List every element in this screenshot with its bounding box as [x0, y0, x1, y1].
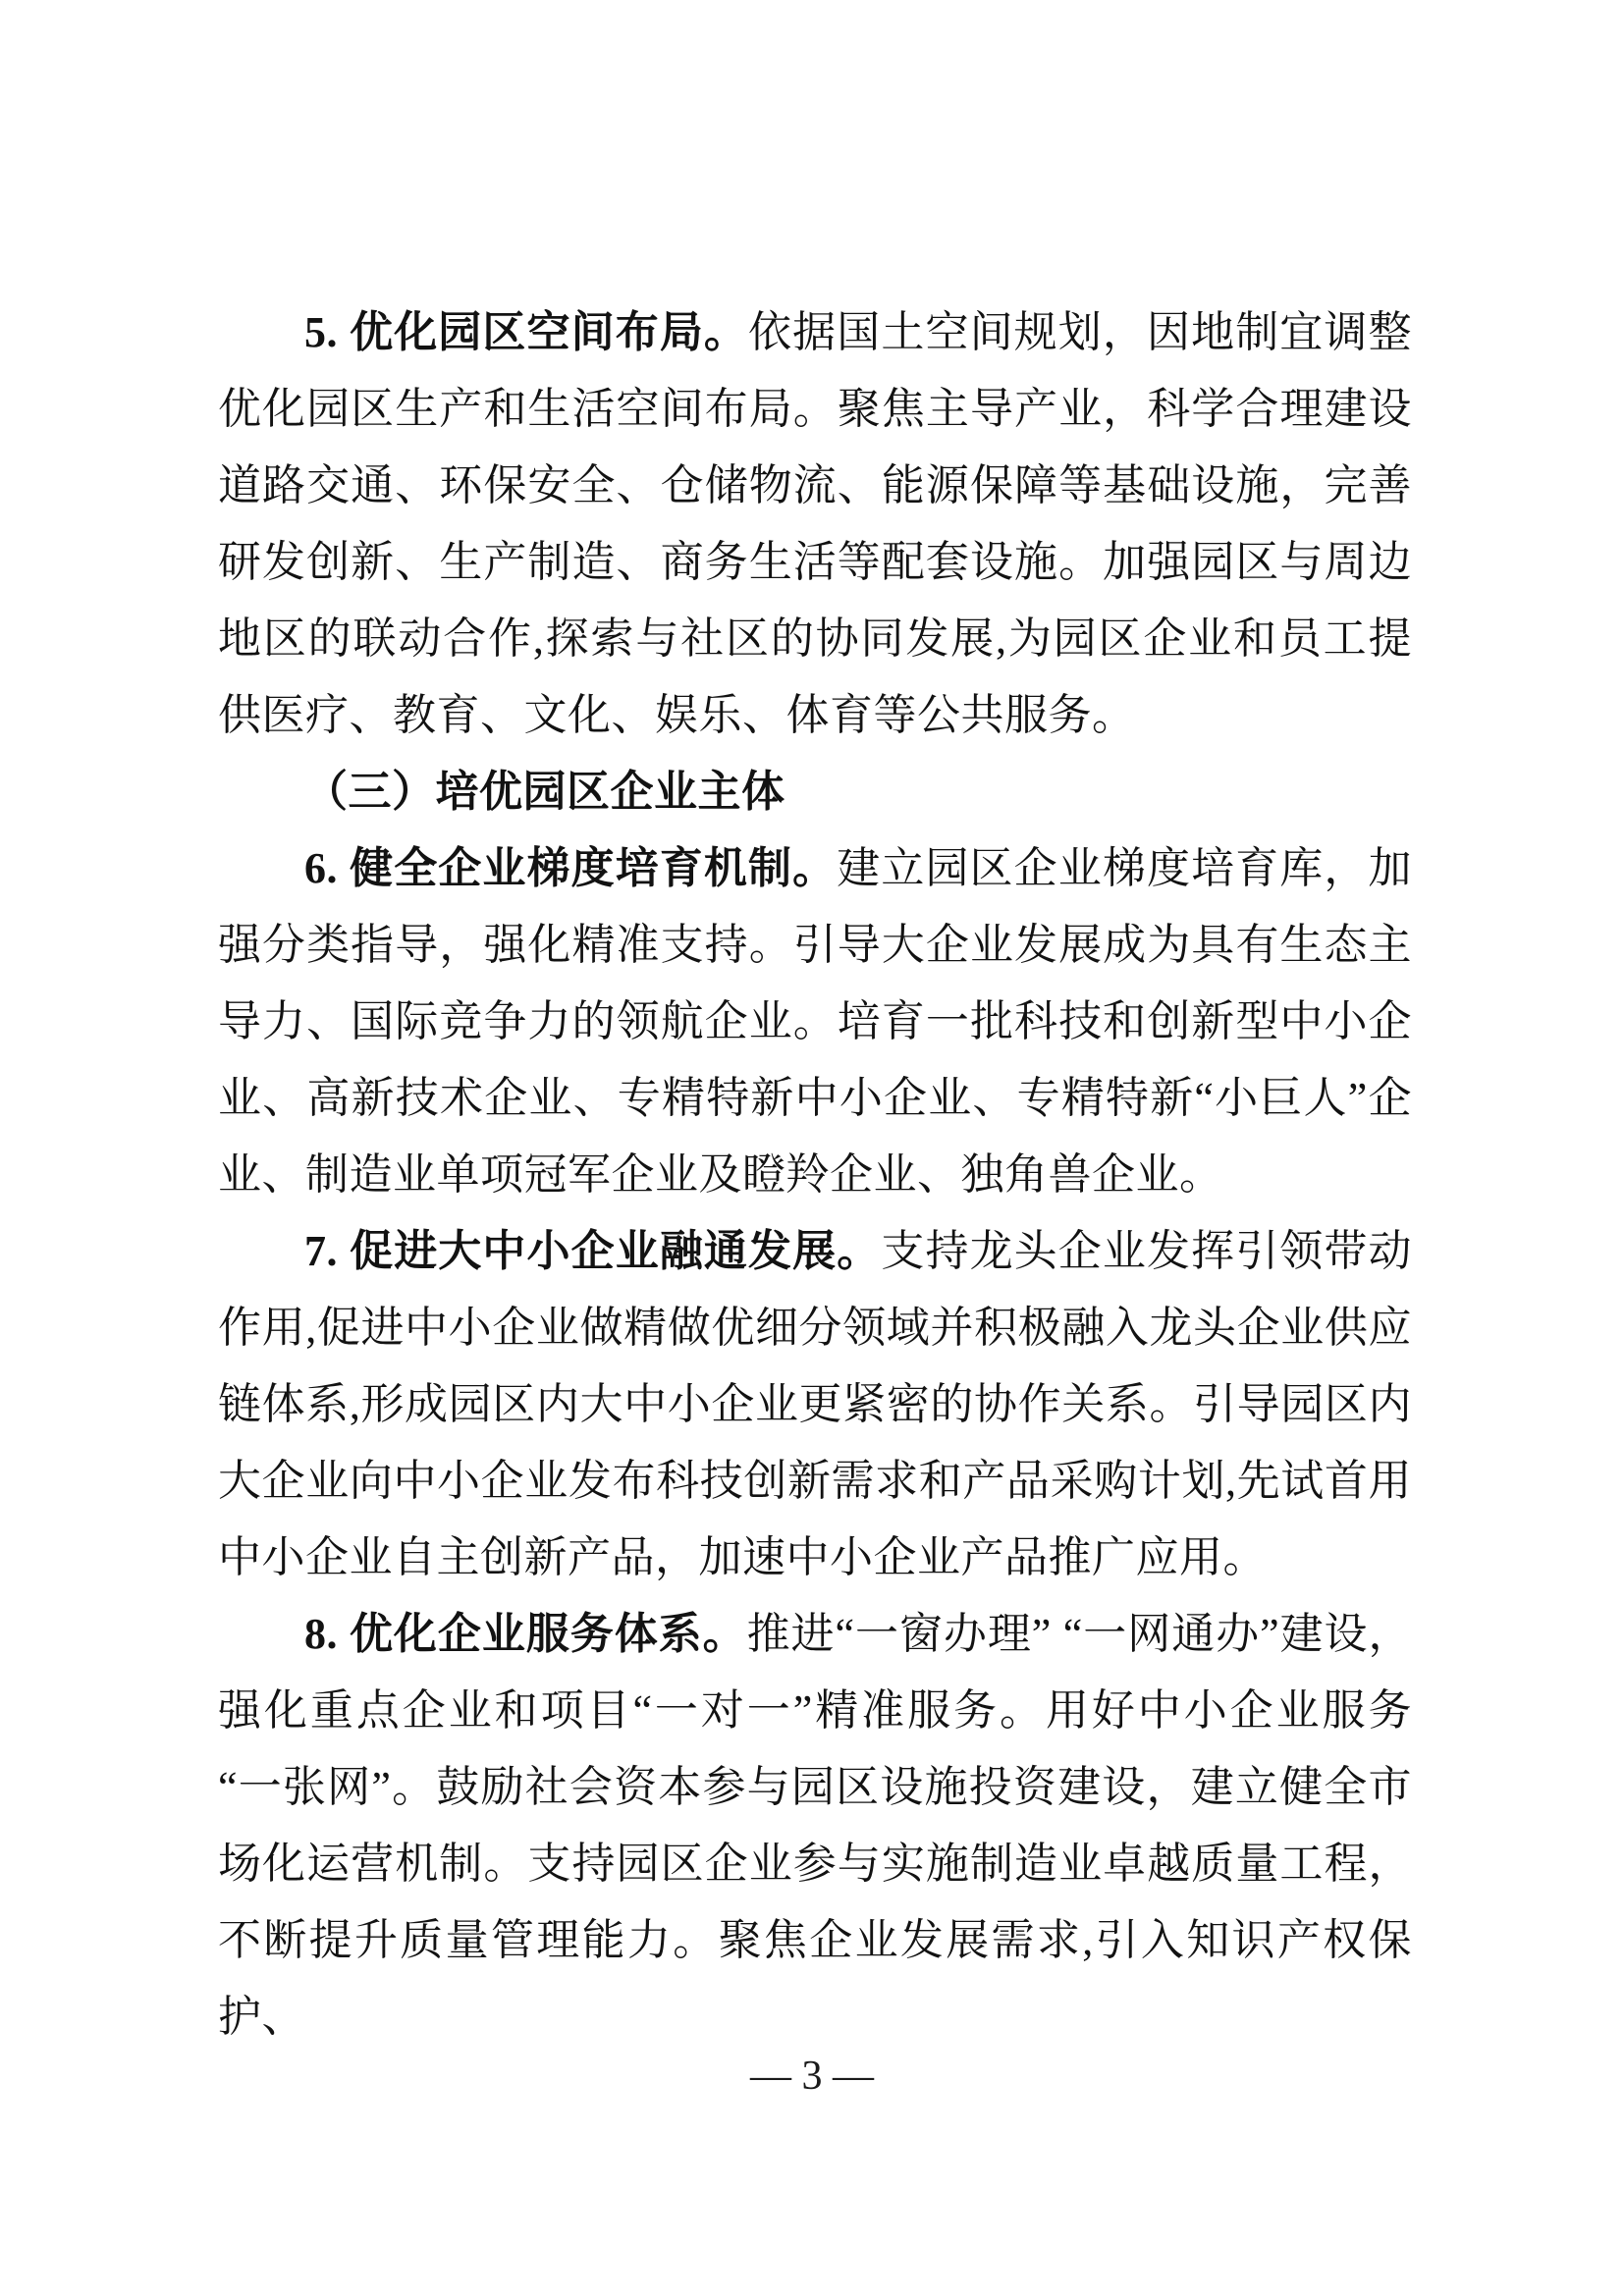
document-page: 5. 优化园区空间布局。依据国土空间规划，因地制宜调整优化园区生产和生活空间布局… [0, 0, 1624, 2296]
paragraph-8-heading: 8. 优化企业服务体系。 [304, 1610, 747, 1658]
paragraph-5-body: 依据国土空间规划，因地制宜调整优化园区生产和生活空间布局。聚焦主导产业，科学合理… [218, 308, 1412, 739]
paragraph-item-6: 6. 健全企业梯度培育机制。建立园区企业梯度培育库，加强分类指导，强化精准支持。… [218, 830, 1412, 1213]
paragraph-7-body: 支持龙头企业发挥引领带动作用,促进中小企业做精做优细分领域并积极融入龙头企业供应… [218, 1227, 1412, 1581]
page-footer: — 3 — [0, 2047, 1624, 2106]
section-heading-3-label: （三）培优园区企业主体 [304, 768, 785, 816]
section-heading-3: （三）培优园区企业主体 [218, 754, 1412, 830]
paragraph-8-body: 推进“一窗办理” “一网通办”建设，强化重点企业和项目“一对一”精准服务。用好中… [218, 1610, 1412, 2041]
paragraph-item-5: 5. 优化园区空间布局。依据国土空间规划，因地制宜调整优化园区生产和生活空间布局… [218, 294, 1412, 754]
paragraph-item-7: 7. 促进大中小企业融通发展。支持龙头企业发挥引领带动作用,促进中小企业做精做优… [218, 1213, 1412, 1596]
paragraph-6-heading: 6. 健全企业梯度培育机制。 [304, 844, 837, 892]
page-number: — 3 — [750, 2054, 874, 2099]
paragraph-5-heading: 5. 优化园区空间布局。 [304, 308, 748, 356]
paragraph-7-heading: 7. 促进大中小企业融通发展。 [304, 1227, 881, 1275]
paragraph-item-8: 8. 优化企业服务体系。推进“一窗办理” “一网通办”建设，强化重点企业和项目“… [218, 1596, 1412, 2056]
paragraph-6-body: 建立园区企业梯度培育库，加强分类指导，强化精准支持。引导大企业发展成为具有生态主… [218, 844, 1412, 1199]
document-body: 5. 优化园区空间布局。依据国土空间规划，因地制宜调整优化园区生产和生活空间布局… [218, 294, 1412, 2056]
